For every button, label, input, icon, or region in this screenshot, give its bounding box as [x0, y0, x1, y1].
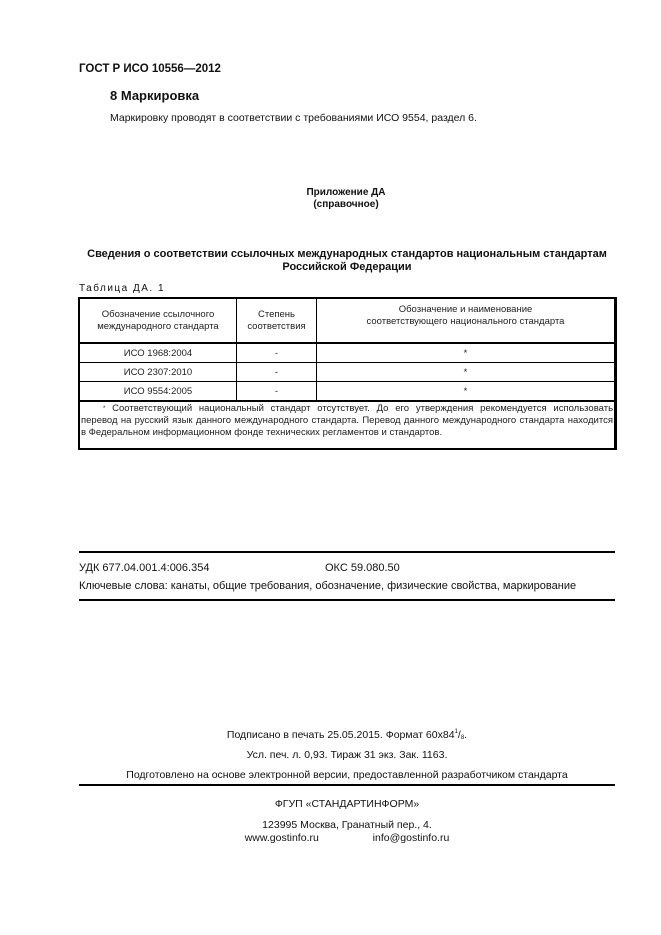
- table-footnote-row: * Соответствующий национальный стандарт …: [80, 401, 615, 450]
- table-row: ИСО 1968:2004 - *: [80, 343, 615, 363]
- info-title-line1: Сведения о соответствии ссылочных междун…: [79, 248, 615, 261]
- divider-top: [79, 551, 615, 553]
- oks-code: ОКС 59.080.50: [325, 562, 400, 574]
- prepared-note: Подготовлено на основе электронной верси…: [79, 769, 615, 781]
- footnote-mark: *: [103, 406, 105, 412]
- document-code: ГОСТ Р ИСО 10556—2012: [79, 63, 221, 75]
- info-title: Сведения о соответствии ссылочных междун…: [79, 248, 615, 274]
- degree-cell: -: [237, 363, 317, 382]
- signed-for-print: Подписано в печать 25.05.2015. Формат 60…: [79, 729, 615, 741]
- table-header-row: Обозначение ссылочного международного ст…: [80, 299, 615, 344]
- footnote-cell: * Соответствующий национальный стандарт …: [80, 401, 615, 450]
- table-label: Таблица ДА. 1: [79, 283, 165, 294]
- keywords: Ключевые слова: канаты, общие требования…: [79, 580, 576, 592]
- address: 123995 Москва, Гранатный пер., 4.: [79, 819, 615, 831]
- publisher: ФГУП «СТАНДАРТИНФОРМ»: [79, 798, 615, 810]
- email-link[interactable]: info@gostinfo.ru: [373, 832, 450, 844]
- header-cell: Обозначение ссылочного международного ст…: [80, 299, 237, 344]
- table-row: ИСО 9554:2005 - *: [80, 382, 615, 402]
- divider-bottom: [79, 599, 615, 601]
- national-cell: *: [317, 363, 615, 382]
- section-text: Маркировку проводят в соответствии с тре…: [110, 112, 477, 124]
- standard-cell: ИСО 2307:2010: [80, 363, 237, 382]
- national-cell: *: [317, 382, 615, 402]
- udk-code: УДК 677.04.001.4:006.354: [79, 562, 209, 574]
- print-details: Усл. печ. л. 0,93. Тираж 31 экз. Зак. 11…: [79, 749, 615, 761]
- standard-cell: ИСО 9554:2005: [80, 382, 237, 402]
- degree-cell: -: [237, 343, 317, 363]
- divider-imprint: [79, 784, 615, 786]
- appendix-subtitle: (справочное): [0, 199, 661, 211]
- correspondence-table: Обозначение ссылочного международного ст…: [79, 298, 615, 450]
- appendix-heading: Приложение ДА (справочное): [0, 187, 661, 211]
- degree-cell: -: [237, 382, 317, 402]
- contacts: www.gostinfo.ru info@gostinfo.ru: [79, 832, 615, 844]
- standard-cell: ИСО 1968:2004: [80, 343, 237, 363]
- national-cell: *: [317, 343, 615, 363]
- website-link[interactable]: www.gostinfo.ru: [245, 832, 319, 844]
- footnote-text: Соответствующий национальный стандарт от…: [81, 403, 613, 438]
- section-title: 8 Маркировка: [110, 88, 199, 103]
- appendix-title: Приложение ДА: [0, 187, 661, 199]
- info-title-line2: Российской Федерации: [79, 261, 615, 274]
- table-row: ИСО 2307:2010 - *: [80, 363, 615, 382]
- header-cell: Обозначение и наименование соответствующ…: [317, 299, 615, 344]
- header-cell: Степень соответствия: [237, 299, 317, 344]
